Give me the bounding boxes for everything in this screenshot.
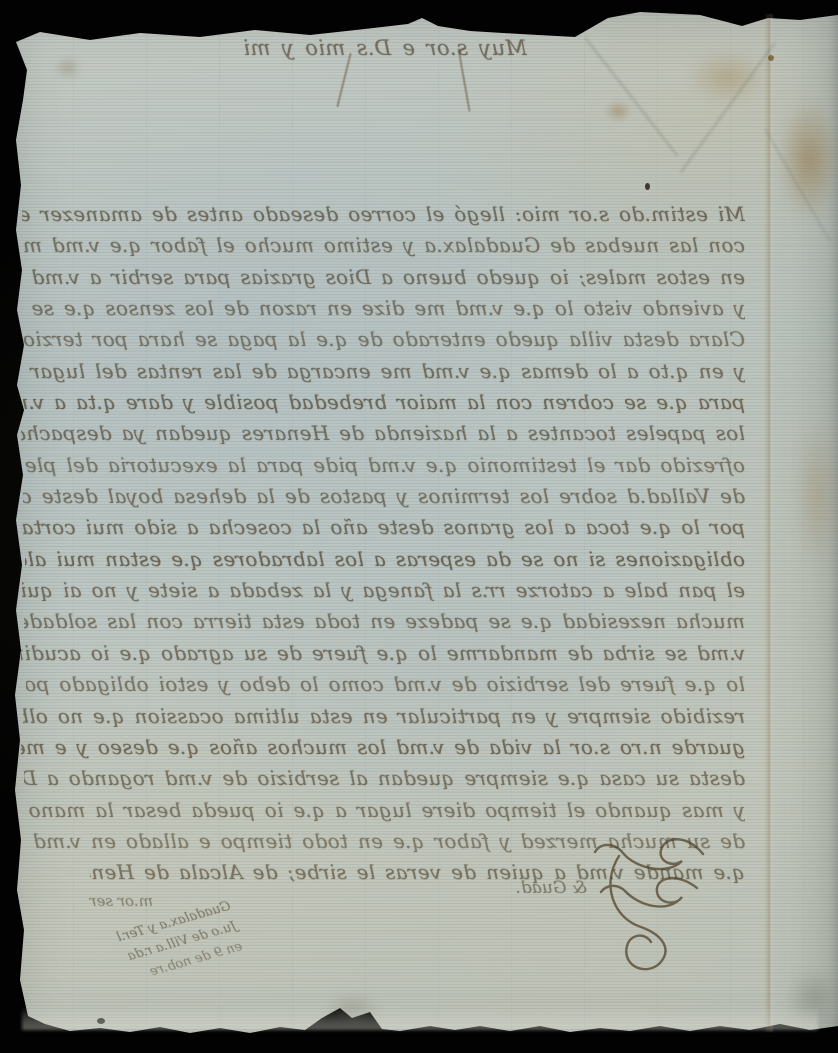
paper-sheet — [0, 0, 838, 1053]
scanned-manuscript-page: Muy s.or e D.s mio y mi amp.o Mi estim.d… — [0, 0, 838, 1053]
